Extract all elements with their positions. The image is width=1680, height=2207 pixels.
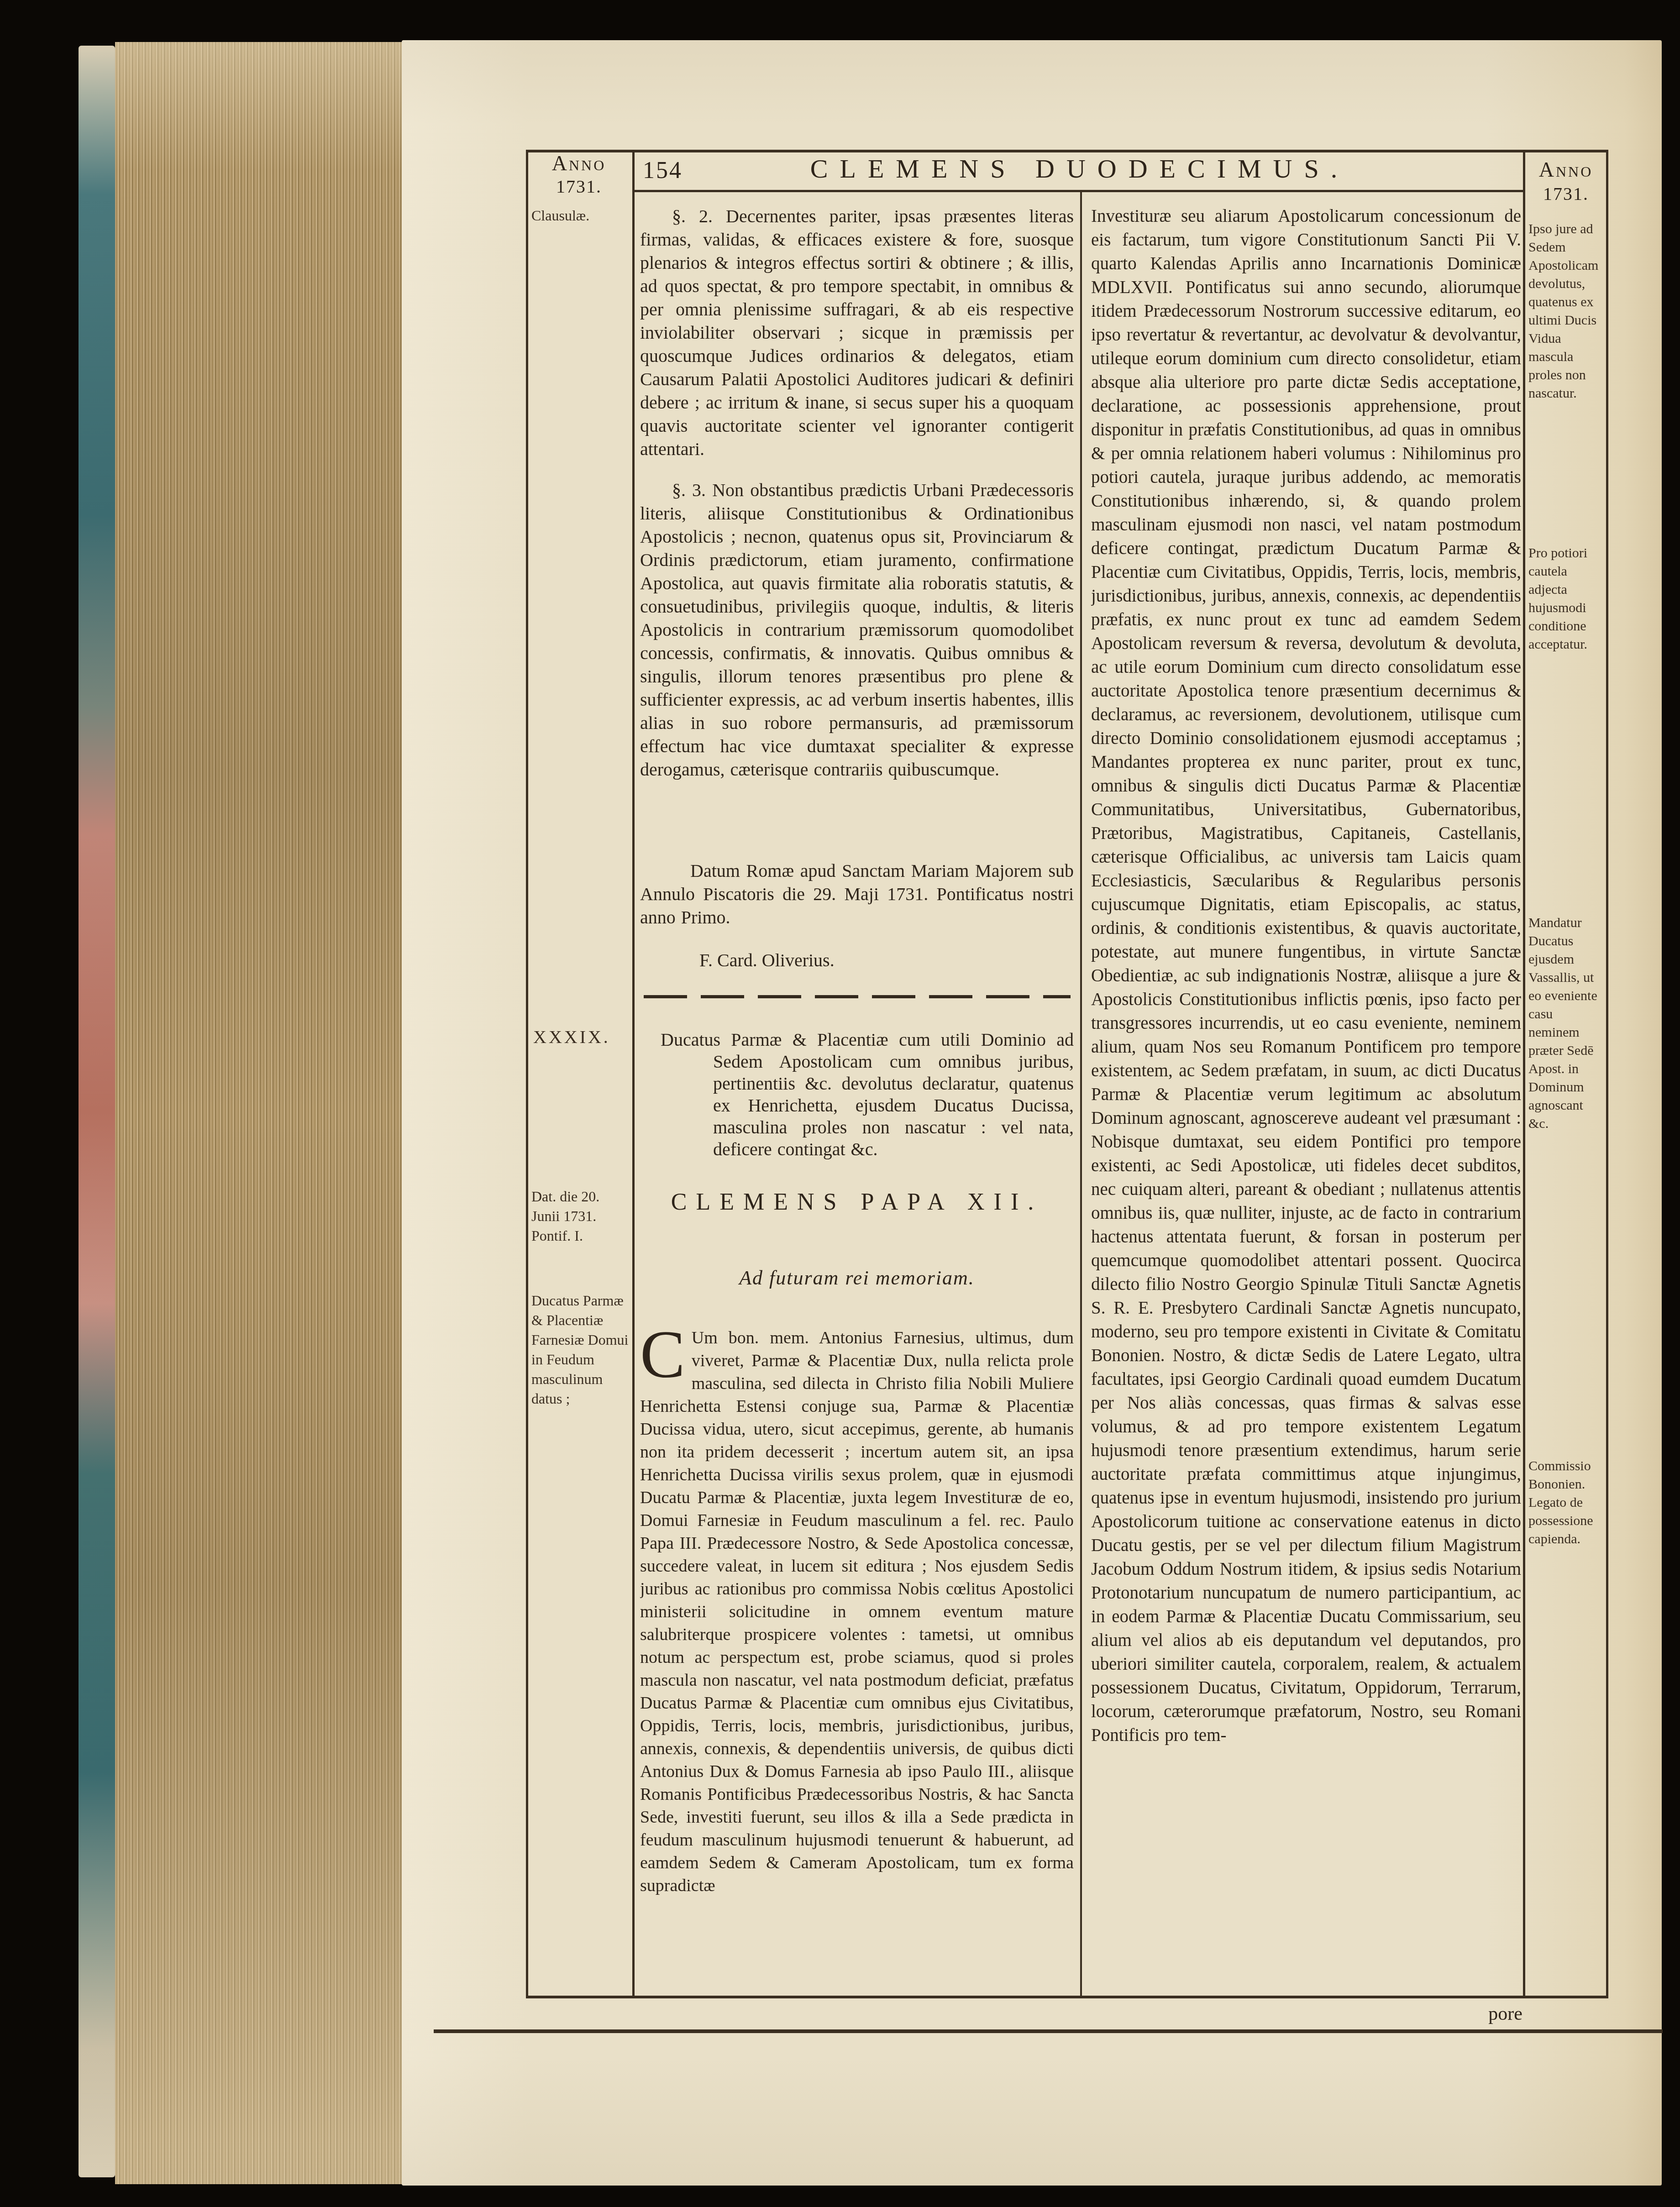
frame-rule-top — [526, 150, 1608, 152]
bull-body-right: Investituræ seu aliarum Apostolicarum co… — [1091, 204, 1521, 2005]
bull-subheading: Ad futuram rei memoriam. — [640, 1266, 1074, 1290]
page-bottom-rule — [434, 2029, 1663, 2033]
frame-rule-outer-right — [1606, 150, 1608, 1998]
text-column-right: Investituræ seu aliarum Apostolicarum co… — [1091, 204, 1521, 2005]
margin-note-clausulae: Clausulæ. — [531, 206, 627, 225]
section-number: XXXIX. — [533, 1028, 631, 1046]
paragraph-s3: §. 3. Non obstantibus prædictis Urbani P… — [640, 478, 1074, 781]
section-divider — [644, 995, 1071, 998]
catchword: pore — [1392, 2003, 1522, 2025]
bull-body-left: CUm bon. mem. Antonius Farnesius, ultimu… — [640, 1326, 1074, 1984]
running-anno-right: Anno — [1526, 159, 1606, 181]
margin-note-mandatur: Mandatur Ducatus ejusdem Vassallis, ut e… — [1528, 914, 1604, 1133]
column-gutter-rule — [1080, 191, 1082, 1998]
running-title: CLEMENS DUODECIMUS. — [662, 153, 1497, 184]
margin-note-cautela: Pro potiori cautela adjecta hujusmodi co… — [1528, 544, 1604, 654]
margin-note-commissio: Commissio Bononien. Legato de possession… — [1528, 1457, 1604, 1548]
marbled-cover-edge — [79, 46, 115, 2177]
bull-body-left-text: Um bon. mem. Antonius Farnesius, ultimus… — [640, 1328, 1074, 1895]
scanned-book-photo: Anno 1731. 154 CLEMENS DUODECIMUS. Anno … — [0, 0, 1680, 2207]
datum-line: Datum Romæ apud Sanctam Mariam Majorem s… — [640, 859, 1074, 929]
page-stack-fore-edge — [115, 42, 418, 2184]
running-year-right: 1731. — [1526, 184, 1606, 204]
running-anno-left: Anno — [529, 152, 629, 174]
header-rule — [635, 190, 1525, 192]
frame-rule-outer-left — [526, 150, 528, 1998]
signature-line: F. Card. Oliverius. — [640, 949, 1074, 972]
margin-note-feudum: Ducatus Parmæ & Placentiæ Farnesiæ Domui… — [531, 1291, 630, 1409]
bull-heading: CLEMENS PAPA XII. — [640, 1189, 1074, 1216]
section-summary: Ducatus Parmæ & Placentiæ cum utili Domi… — [640, 1029, 1074, 1160]
margin-note-devolutus: Ipso jure ad Sedem Apostolicam devolutus… — [1528, 220, 1604, 403]
running-year-left: 1731. — [529, 177, 629, 196]
frame-rule-inner-right — [1523, 150, 1525, 1998]
paragraph-s2: §. 2. Decernentes pariter, ipsas præsent… — [640, 204, 1074, 461]
frame-rule-inner-left — [632, 150, 635, 1998]
margin-note-date: Dat. die 20. Junii 1731. Pontif. I. — [531, 1187, 628, 1246]
text-column-left: §. 2. Decernentes pariter, ipsas præsent… — [640, 204, 1074, 1998]
drop-cap: C — [640, 1326, 692, 1380]
